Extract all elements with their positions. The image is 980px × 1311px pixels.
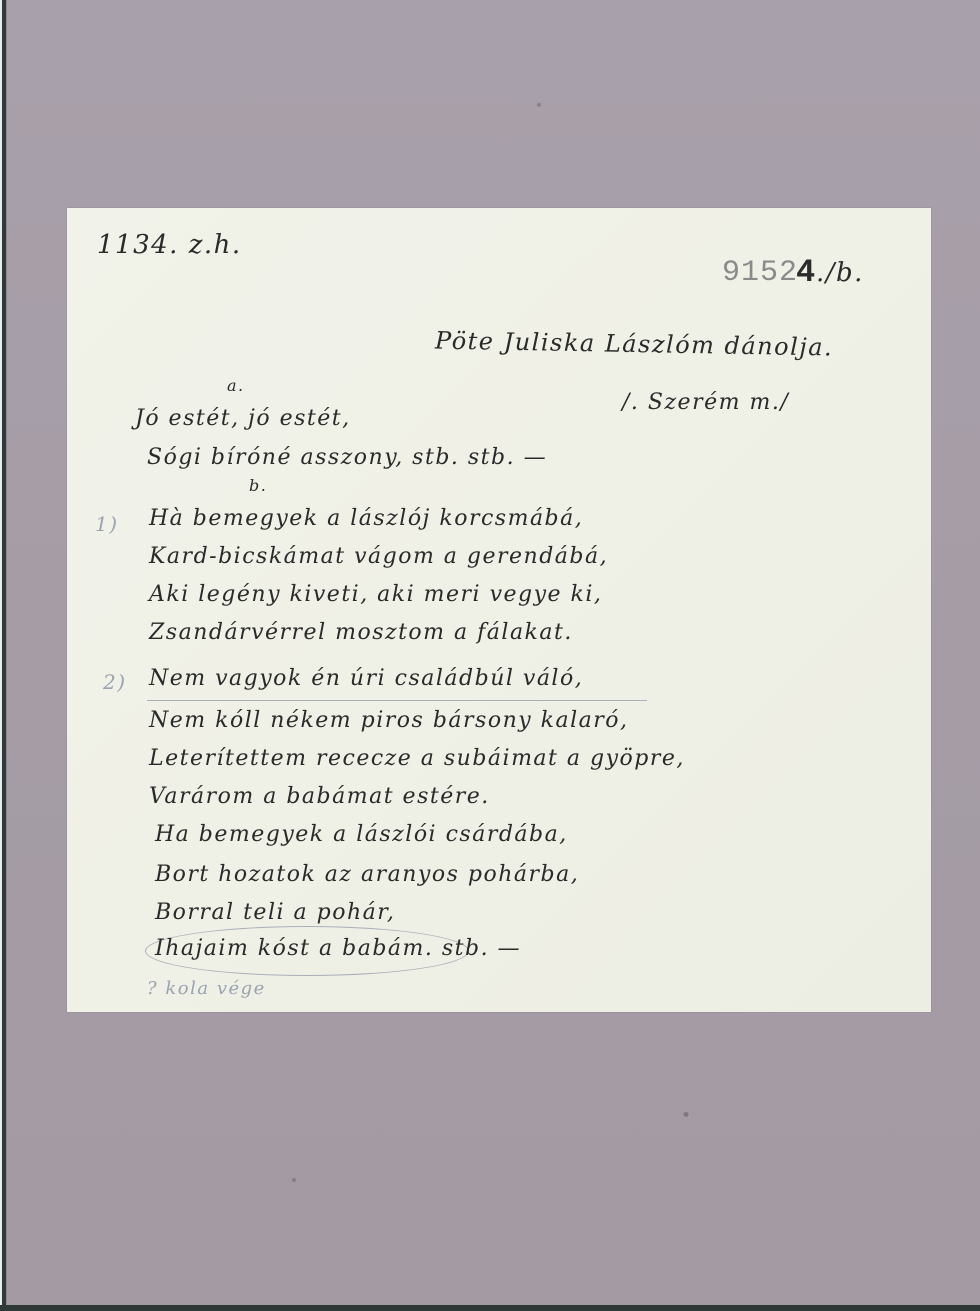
stanza-3-line: Ihajaim kóst a babám. stb. — — [155, 936, 521, 961]
stanza-number: 2) — [103, 670, 127, 694]
pencil-underline — [147, 700, 647, 701]
stanza-1-line: Aki legény kiveti, aki meri vegye ki, — [149, 582, 602, 607]
inventory-stamp: 9152 4 ./b. — [722, 256, 922, 296]
inventory-stamp-suffix: ./b. — [816, 258, 864, 288]
song-location: /. Szerém m./ — [622, 390, 789, 415]
stanza-1-line: Kard-bicskámat vágom a gerendábá, — [149, 544, 608, 569]
stanza-3-line: Bort hozatok az aranyos pohárba, — [155, 862, 579, 887]
section-a-line: Jó estét, jó estét, — [135, 406, 351, 431]
stanza-1-line: Zsandárvérrel mosztom a fálakat. — [149, 620, 573, 645]
stanza-2-line: Nem kóll nékem piros bársony kalaró, — [149, 708, 629, 733]
pencil-note: ? kola vége — [147, 978, 266, 999]
stanza-1-line: Hà bemegyek a lászlój korcsmábá, — [149, 506, 583, 531]
stanza-2-line: Varárom a babámat estére. — [149, 784, 490, 809]
archive-number: 1134. z.h. — [97, 230, 242, 260]
manuscript-sheet: 1134. z.h. 9152 4 ./b. Pöte Juliska Lász… — [67, 208, 931, 1012]
scan-edge-bottom — [0, 1305, 980, 1311]
section-a-line: Sógi bíróné asszony, stb. stb. — — [147, 445, 547, 470]
section-a-label: a. — [227, 376, 245, 395]
stanza-3-line: Ha bemegyek a lászlói csárdába, — [155, 822, 568, 847]
stanza-number: 1) — [95, 512, 119, 536]
stanza-3-line: Borral teli a pohár, — [155, 900, 395, 925]
inventory-stamp-printed: 9152 — [722, 256, 798, 290]
scan-edge-left — [0, 0, 7, 1311]
song-title: Pöte Juliska Lászlóm dánolja. — [435, 327, 834, 362]
inventory-stamp-digit: 4 — [796, 254, 816, 291]
section-b-label: b. — [249, 476, 267, 495]
stanza-2-line: Leterítettem rececze a subáimat a gyöpre… — [149, 746, 685, 771]
stanza-2-line: Nem vagyok én úri családbúl váló, — [149, 666, 583, 691]
